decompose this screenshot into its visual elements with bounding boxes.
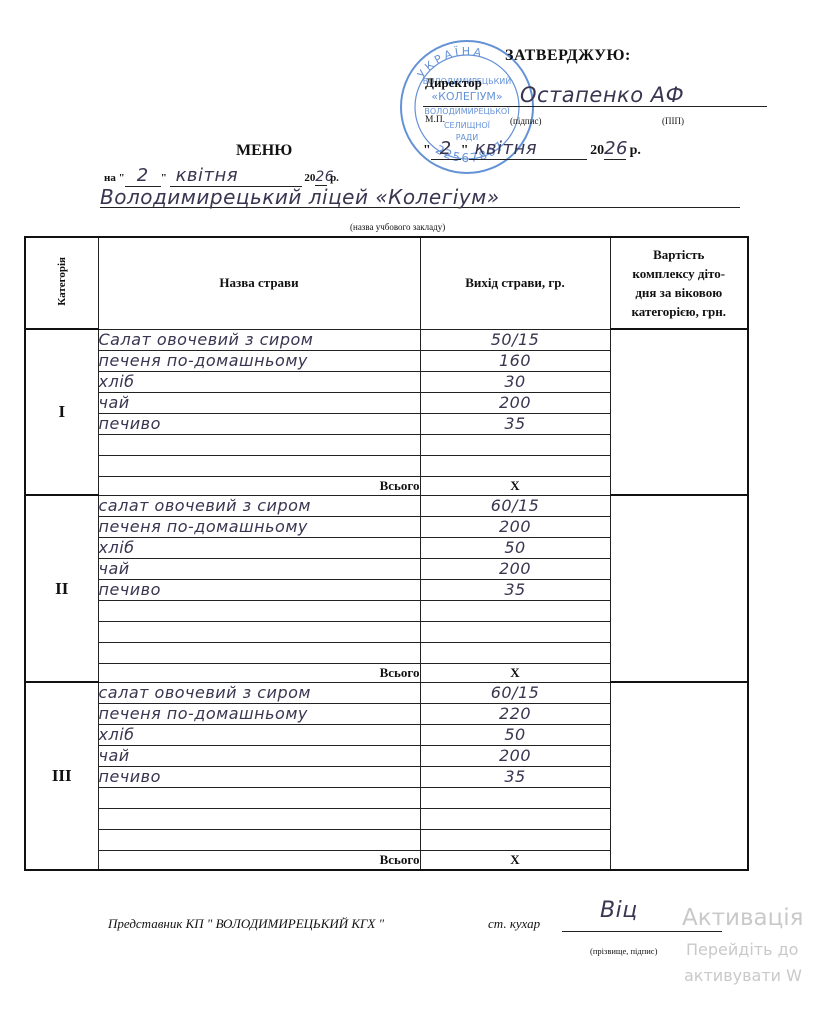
dish-output-cell: 200: [420, 392, 610, 413]
date-prefix: на ": [104, 172, 125, 184]
menu-date: на "2" квітня 2026 р.: [104, 165, 339, 187]
dish-name-cell: печиво: [98, 413, 420, 434]
dish-name-cell: хліб: [98, 537, 420, 558]
dish-output-cell: [420, 642, 610, 663]
dish-output-cell: 35: [420, 579, 610, 600]
total-mark: Х: [420, 476, 610, 495]
dish-output-cell: [420, 787, 610, 808]
total-label: Всього: [98, 850, 420, 870]
dish-output-cell: 220: [420, 703, 610, 724]
dish-name-cell: печеня по-домашньому: [98, 703, 420, 724]
header-cost-line: комплексу діто-: [611, 264, 748, 283]
dish-name-cell: хліб: [98, 371, 420, 392]
menu-title: МЕНЮ: [236, 142, 292, 160]
year-suffix: р.: [330, 172, 339, 184]
school-name-caption: (назва учбового закладу): [350, 222, 445, 232]
dish-output-cell: 35: [420, 413, 610, 434]
year-suffix: р.: [630, 143, 641, 158]
dish-name-cell: [98, 621, 420, 642]
dish-name-cell: [98, 829, 420, 850]
name-caption: (ПІП): [662, 116, 684, 126]
quote: ": [461, 143, 469, 158]
dish-output-cell: 200: [420, 558, 610, 579]
approval-month: квітня: [469, 138, 587, 160]
dish-output-cell: 50/15: [420, 329, 610, 350]
total-mark: Х: [420, 850, 610, 870]
school-name-handwritten: Володимирецький ліцей «Колегіум»: [100, 185, 740, 208]
dish-name-cell: [98, 642, 420, 663]
header-cost: Вартість комплексу діто- дня за віковою …: [610, 237, 748, 329]
total-label: Всього: [98, 663, 420, 682]
dish-output-cell: [420, 808, 610, 829]
dish-name-cell: чай: [98, 558, 420, 579]
dish-output-cell: 160: [420, 350, 610, 371]
approval-day: 2: [431, 138, 461, 160]
approval-title: ЗАТВЕРДЖУЮ:: [505, 47, 631, 65]
dish-name-cell: Салат овочевий з сиром: [98, 329, 420, 350]
dish-name-cell: [98, 600, 420, 621]
header-category-label: Категорія: [56, 257, 68, 306]
approval-date: "2"квітня 2026 р.: [423, 138, 641, 160]
director-label: Директор: [425, 75, 482, 91]
dish-name-cell: чай: [98, 392, 420, 413]
dish-name-cell: хліб: [98, 724, 420, 745]
year-prefix: 20: [590, 143, 604, 158]
dish-output-cell: [420, 434, 610, 455]
activation-watermark-line: Активація: [682, 905, 804, 931]
total-mark: Х: [420, 663, 610, 682]
cook-role-label: ст. кухар: [488, 916, 540, 932]
quote: ": [423, 143, 431, 158]
dish-name-cell: [98, 787, 420, 808]
signature-caption: (підпис): [510, 116, 542, 126]
dish-name-cell: [98, 434, 420, 455]
category-label: III: [25, 682, 98, 870]
table-header-row: Категорія Назва страви Вихід страви, гр.…: [25, 237, 748, 329]
dish-name-cell: печиво: [98, 579, 420, 600]
category-cost-cell: [610, 495, 748, 682]
dish-name-cell: салат овочевий з сиром: [98, 682, 420, 703]
menu-year: 26: [315, 169, 327, 186]
representative-label: Представник КП " ВОЛОДИМИРЕЦЬКИЙ КГХ ": [108, 916, 384, 932]
dish-output-cell: [420, 600, 610, 621]
dish-name-cell: салат овочевий з сиром: [98, 495, 420, 516]
dish-output-cell: 200: [420, 516, 610, 537]
header-category: Категорія: [25, 237, 98, 329]
dish-output-cell: [420, 455, 610, 476]
dish-output-cell: 30: [420, 371, 610, 392]
header-cost-line: дня за віковою: [611, 283, 748, 302]
dish-name-cell: печиво: [98, 766, 420, 787]
dish-output-cell: 200: [420, 745, 610, 766]
menu-table: Категорія Назва страви Вихід страви, гр.…: [24, 236, 749, 871]
activation-watermark-line: активувати W: [684, 966, 802, 985]
category-cost-cell: [610, 682, 748, 870]
category-label: I: [25, 329, 98, 495]
dish-name-cell: печеня по-домашньому: [98, 350, 420, 371]
header-cost-line: категорією, грн.: [611, 302, 748, 321]
dish-name-cell: печеня по-домашньому: [98, 516, 420, 537]
menu-day: 2: [125, 165, 161, 187]
director-name-handwritten: Остапенко АФ: [520, 83, 684, 107]
dish-name-cell: чай: [98, 745, 420, 766]
svg-text:СЕЛИЩНОЇ: СЕЛИЩНОЇ: [444, 120, 491, 130]
dish-name-cell: [98, 455, 420, 476]
table-row: IIIсалат овочевий з сиром60/15: [25, 682, 748, 703]
dish-output-cell: 60/15: [420, 682, 610, 703]
dish-output-cell: 50: [420, 537, 610, 558]
dish-output-cell: [420, 621, 610, 642]
dish-name-cell: [98, 808, 420, 829]
cook-signature: Віц: [600, 898, 638, 923]
header-cost-line: Вартість: [611, 245, 748, 264]
header-output: Вихід страви, гр.: [420, 237, 610, 329]
dish-output-cell: 50: [420, 724, 610, 745]
approval-year: 26: [604, 138, 626, 160]
table-row: IСалат овочевий з сиром50/15: [25, 329, 748, 350]
quote: ": [161, 172, 167, 184]
header-dish-name: Назва страви: [98, 237, 420, 329]
dish-output-cell: 35: [420, 766, 610, 787]
dish-output-cell: [420, 829, 610, 850]
table-row: IIсалат овочевий з сиром60/15: [25, 495, 748, 516]
category-label: II: [25, 495, 98, 682]
cook-signature-caption: (прізвище, підпис): [590, 946, 657, 956]
table-body: IСалат овочевий з сиром50/15печеня по-до…: [25, 329, 748, 870]
category-cost-cell: [610, 329, 748, 495]
year-prefix: 20: [304, 172, 315, 184]
activation-watermark-line: Перейдіть до: [686, 940, 798, 959]
menu-month: квітня: [170, 165, 302, 187]
total-label: Всього: [98, 476, 420, 495]
dish-output-cell: 60/15: [420, 495, 610, 516]
stamp-place-label: М.П.: [425, 115, 445, 125]
